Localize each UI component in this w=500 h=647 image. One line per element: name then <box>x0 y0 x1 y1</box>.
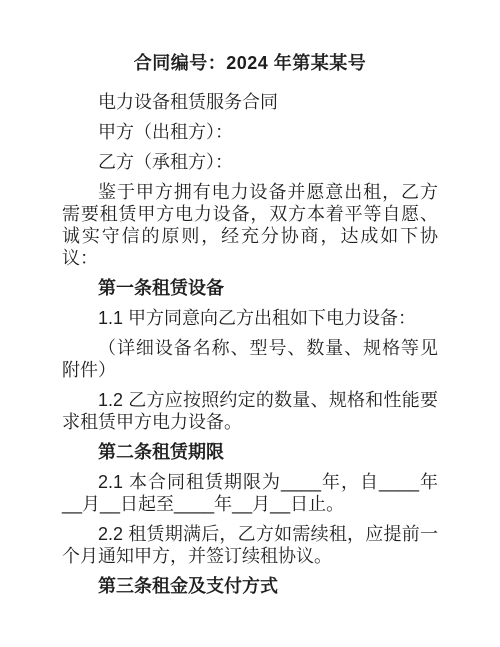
article-2-heading: 第二条租赁期限 <box>62 441 438 463</box>
preamble: 鉴于甲方拥有电力设备并愿意出租，乙方需要租赁甲方电力设备，双方本着平等自愿、诚实… <box>62 181 438 269</box>
contract-body: 电力设备租赁服务合同 甲方（出租方）： 乙方（承租方）： 鉴于甲方拥有电力设备并… <box>62 91 438 597</box>
clause-2-1: 2.1 本合同租赁期限为____年，自____年__月__日起至____年__月… <box>62 471 438 515</box>
clause-1-1: 1.1 甲方同意向乙方出租如下电力设备： <box>62 307 438 329</box>
clause-2-2: 2.2 租赁期满后，乙方如需续租，应提前一个月通知甲方，并签订续租协议。 <box>62 523 438 567</box>
contract-document-page: 合同编号：2024 年第某某号 电力设备租赁服务合同 甲方（出租方）： 乙方（承… <box>0 0 500 647</box>
contract-number-title: 合同编号：2024 年第某某号 <box>62 52 438 74</box>
article-3-heading: 第三条租金及支付方式 <box>62 575 438 597</box>
clause-1-2: 1.2 乙方应按照约定的数量、规格和性能要求租赁甲方电力设备。 <box>62 389 438 433</box>
article-1-heading: 第一条租赁设备 <box>62 277 438 299</box>
doc-subtitle: 电力设备租赁服务合同 <box>62 91 438 113</box>
clause-1-1-note: （详细设备名称、型号、数量、规格等见附件） <box>62 337 438 381</box>
party-a-line: 甲方（出租方）： <box>62 121 438 143</box>
party-b-line: 乙方（承租方）： <box>62 151 438 173</box>
